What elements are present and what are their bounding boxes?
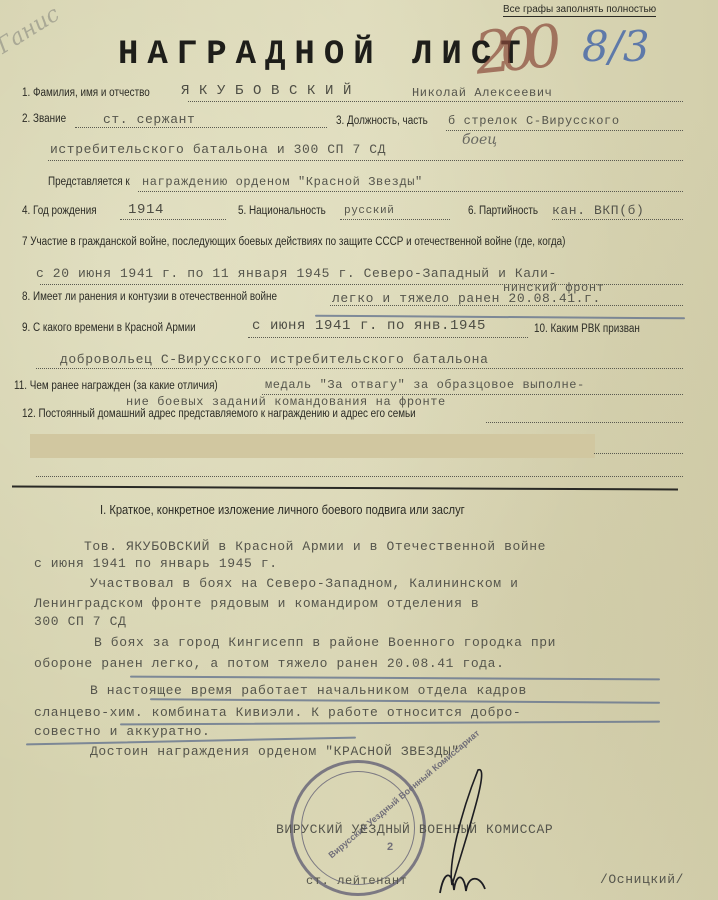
section-1-line-5: 300 СП 7 СД <box>34 614 126 629</box>
section-1-line-4: Ленинградском фронте рядовым и командиро… <box>34 596 479 611</box>
section-1-line-8: В настоящее время работает начальником о… <box>90 683 527 698</box>
field-3-handwritten: боец <box>462 132 497 148</box>
field-1-name: Николай Алексеевич <box>412 86 552 100</box>
field-4-label: 4. Год рождения <box>22 205 97 217</box>
presented-value: награждению орденом "Красной Звезды" <box>142 175 423 189</box>
field-4-value: 1914 <box>128 202 164 218</box>
archive-number-brown: 200 <box>472 12 553 87</box>
field-5-value: русский <box>344 205 394 217</box>
field-9-label: 9. С какого времени в Красной Армии <box>22 322 196 334</box>
field-2-label: 2. Звание <box>22 113 66 125</box>
section-1-line-2: с июня 1941 по январь 1945 г. <box>34 556 278 571</box>
presented-label: Представляется к <box>48 176 130 188</box>
field-3-label: 3. Должность, часть <box>336 115 428 127</box>
signature-scribble <box>430 765 500 900</box>
field-10-value: добровольец С-Вирусского истребительског… <box>60 352 488 367</box>
field-2-value: ст. сержант <box>103 112 195 127</box>
commissar-title: ВИРУСКИЙ УЕЗДНЫЙ ВОЕННЫЙ КОМИССАР <box>276 822 553 837</box>
field-7-label: 7 Участие в гражданской войне, последующ… <box>22 236 565 248</box>
commissar-name: /Осницкий/ <box>600 872 684 887</box>
field-6-value: кан. ВКП(б) <box>552 203 644 218</box>
section-1-line-3: Участвовал в боях на Северо-Западном, Ка… <box>90 576 518 591</box>
field-8-value: легко и тяжело ранен 20.08.41.г. <box>332 291 601 306</box>
commissar-rank: ст. лейтенант <box>306 874 407 888</box>
seal-number: 2 <box>387 841 393 853</box>
redacted-address <box>30 434 595 458</box>
field-8-label: 8. Имеет ли ранения и контузии в отечест… <box>22 291 277 303</box>
section-divider <box>12 486 678 491</box>
section-1-line-9: сланцево-хим. комбината Кивиэли. К работ… <box>34 705 521 720</box>
section-1-line-10: совестно и аккуратно. <box>34 724 210 739</box>
section-1-line-7: обороне ранен легко, а потом тяжело ране… <box>34 656 504 671</box>
section-1-line-6: В боях за город Кингисепп в районе Военн… <box>94 635 556 650</box>
field-12-label: 12. Постоянный домашний адрес представля… <box>22 408 416 420</box>
margin-handwriting: Ганис <box>0 2 64 60</box>
archive-number-blue: 8/3 <box>582 22 650 71</box>
field-9-value: с июня 1941 г. по янв.1945 <box>252 318 486 334</box>
field-5-label: 5. Национальность <box>238 205 326 217</box>
field-3-value-line1: б стрелок С-Вирусского <box>448 114 620 128</box>
field-1-label: 1. Фамилия, имя и отчество <box>22 87 150 99</box>
field-1-surname: Я К У Б О В С К И Й <box>181 83 352 99</box>
field-3-value-line2: истребительского батальона и 300 СП 7 СД <box>50 142 386 157</box>
field-10-label: 10. Каким РВК призван <box>534 323 640 335</box>
field-11-label: 11. Чем ранее награжден (за какие отличи… <box>14 380 218 392</box>
field-7-value-line1: с 20 июня 1941 г. по 11 января 1945 г. С… <box>36 266 557 281</box>
section-1-heading: I. Краткое, конкретное изложение личного… <box>100 502 465 517</box>
field-6-label: 6. Партийность <box>468 205 538 217</box>
page-title: НАГРАДНОЙ ЛИСТ <box>118 36 530 74</box>
field-11-value-line1: медаль "За отвагу" за образцовое выполне… <box>265 378 585 392</box>
section-1-line-11: Достоин награждения орденом "КРАСНОЙ ЗВЕ… <box>90 744 460 759</box>
field-11-value-line2: ние боевых заданий командования на фронт… <box>126 395 446 409</box>
section-1-line-1: Тов. ЯКУБОВСКИЙ в Красной Армии и в Отеч… <box>84 539 546 554</box>
